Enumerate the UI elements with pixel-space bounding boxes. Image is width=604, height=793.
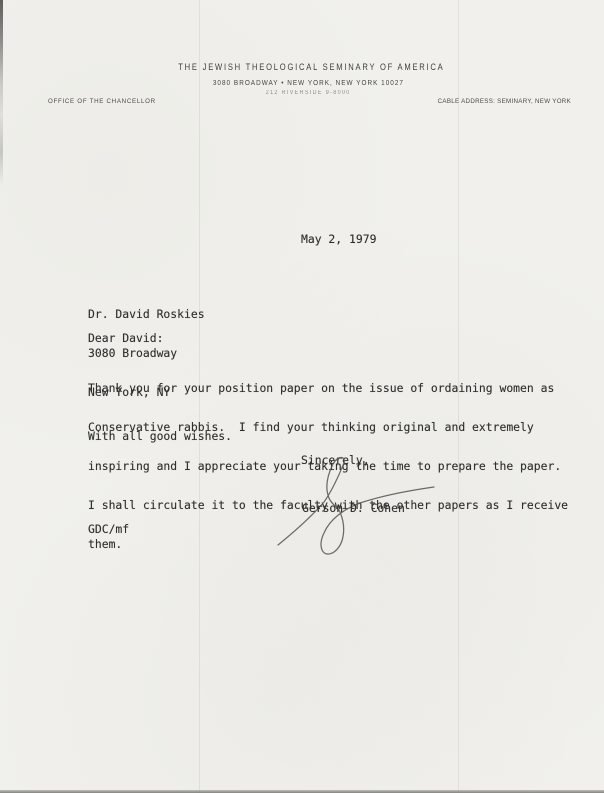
body-line: Thank you for your position paper on the…: [88, 382, 568, 395]
letter-date: May 2, 1979: [301, 233, 376, 246]
letterhead-office-of-chancellor: OFFICE OF THE CHANCELLOR: [48, 98, 156, 105]
letterhead-phone-text: 212 RIVERSIDE 9-8000: [266, 90, 351, 96]
closing-wishes: With all good wishes.: [88, 430, 232, 443]
scanned-letter-page: THE JEWISH THEOLOGICAL SEMINARY OF AMERI…: [0, 0, 604, 793]
salutation: Dear David:: [88, 332, 163, 345]
recipient-name: Dr. David Roskies: [88, 308, 205, 321]
typist-reference-initials: GDC/mf: [88, 523, 129, 536]
letterhead-cable-address: CABLE ADDRESS: SEMINARY, NEW YORK: [438, 98, 571, 105]
signer-typed-name: Gerson D. Cohen: [302, 502, 405, 515]
